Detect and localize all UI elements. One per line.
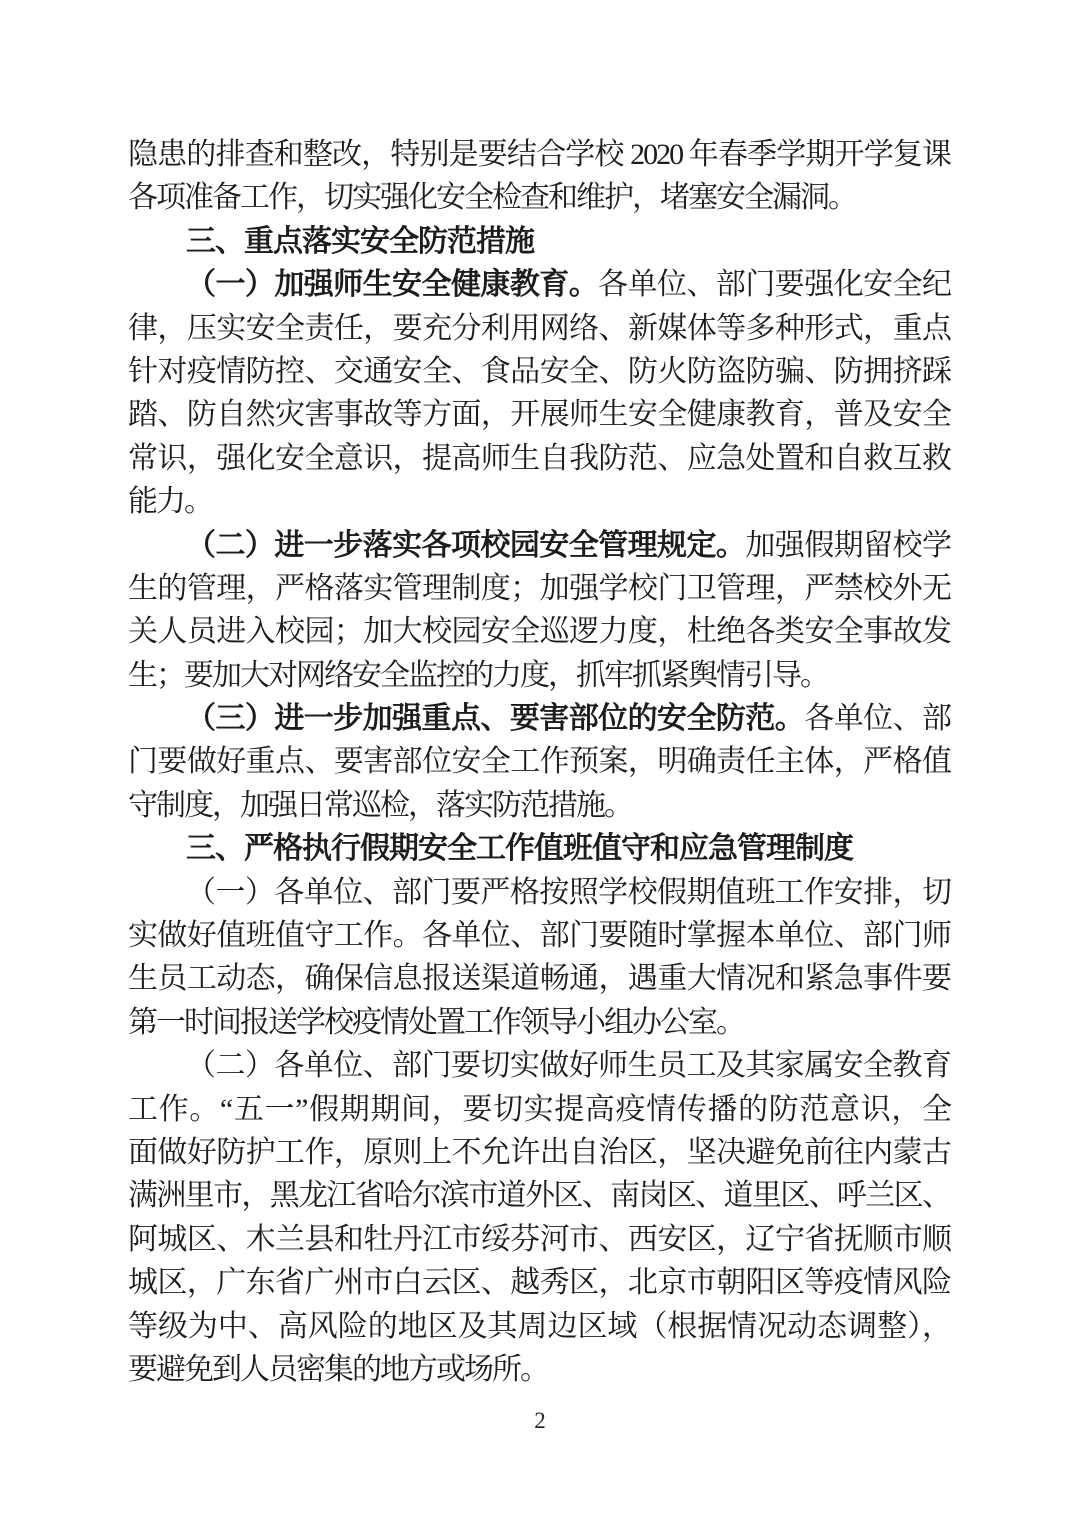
body-text: 生员工动态，确保信息报送渠道畅通，遇重大情况和紧急事件要	[128, 962, 950, 995]
body-text: 阿城区、木兰县和牡丹江市绥芬河市、西安区，辽宁省抚顺市顺	[128, 1223, 950, 1256]
body-text: 城区，广东省广州市白云区、越秀区，北京市朝阳区等疫情风险	[128, 1266, 950, 1299]
body-text: 各单位、部	[804, 702, 950, 735]
paragraph-first-line: （一）各单位、部门要严格按照学校假期值班工作安排，切	[128, 871, 950, 914]
body-text: 能力。	[128, 485, 212, 518]
body-line: 阿城区、木兰县和牡丹江市绥芬河市、西安区，辽宁省抚顺市顺	[128, 1218, 950, 1261]
body-line: 满洲里市，黑龙江省哈尔滨市道外区、南岗区、道里区、呼兰区、	[128, 1174, 950, 1217]
body-text: 第一时间报送学校疫情处置工作领导小组办公室。	[128, 1006, 744, 1039]
body-text: （二）各单位、部门要切实做好师生员工及其家属安全教育	[186, 1049, 950, 1082]
body-line: 生的管理，严格落实管理制度；加强学校门卫管理，严禁校外无	[128, 567, 950, 610]
body-text: 要避免到人员密集的地方或场所。	[128, 1353, 548, 1386]
body-text: 实做好值班值守工作。各单位、部门要随时掌握本单位、部门师	[128, 919, 950, 952]
body-line: 等级为中、高风险的地区及其周边区域（根据情况动态调整），	[128, 1305, 950, 1348]
body-text: 各单位、部门要强化安全纪	[598, 268, 950, 301]
body-line: 实做好值班值守工作。各单位、部门要随时掌握本单位、部门师	[128, 914, 950, 957]
paragraph-first-line: （二）进一步落实各项校园安全管理规定。加强假期留校学	[128, 524, 950, 567]
body-line: 隐患的排查和整改，特别是要结合学校 2020 年春季学期开学复课	[128, 133, 950, 176]
body-line: 生；要加大对网络安全监控的力度，抓牢抓紧舆情引导。	[128, 654, 950, 697]
document-body: 隐患的排查和整改，特别是要结合学校 2020 年春季学期开学复课 各项准备工作，…	[128, 133, 950, 1391]
body-line: 能力。	[128, 480, 950, 523]
body-text: 等级为中、高风险的地区及其周边区域（根据情况动态调整），	[128, 1310, 950, 1343]
body-text: 满洲里市，黑龙江省哈尔滨市道外区、南岗区、道里区、呼兰区、	[128, 1179, 950, 1212]
body-text: 生的管理，严格落实管理制度；加强学校门卫管理，严禁校外无	[128, 572, 950, 605]
heading-text: 三、重点落实安全防范措施	[186, 225, 534, 258]
paragraph-lead-bold: （二）进一步落实各项校园安全管理规定。	[186, 529, 745, 562]
body-text: （一）各单位、部门要严格按照学校假期值班工作安排，切	[186, 876, 950, 909]
body-text: 加强假期留校学	[745, 529, 950, 562]
body-line: 踏、防自然灾害事故等方面，开展师生安全健康教育，普及安全	[128, 393, 950, 436]
body-text: 门要做好重点、要害部位安全工作预案，明确责任主体，严格值	[128, 745, 950, 778]
paragraph-first-line: （二）各单位、部门要切实做好师生员工及其家属安全教育	[128, 1044, 950, 1087]
body-line: 面做好防护工作，原则上不允许出自治区，坚决避免前往内蒙古	[128, 1131, 950, 1174]
body-line: 各项准备工作，切实强化安全检查和维护，堵塞安全漏洞。	[128, 176, 950, 219]
paragraph-first-line: （三）进一步加强重点、要害部位的安全防范。各单位、部	[128, 697, 950, 740]
body-line: 城区，广东省广州市白云区、越秀区，北京市朝阳区等疫情风险	[128, 1261, 950, 1304]
body-text: 面做好防护工作，原则上不允许出自治区，坚决避免前往内蒙古	[128, 1136, 950, 1169]
paragraph-lead-bold: （三）进一步加强重点、要害部位的安全防范。	[186, 702, 804, 735]
section-heading: 三、重点落实安全防范措施	[128, 220, 950, 263]
page-number: 2	[0, 1408, 1080, 1434]
body-text: 守制度，加强日常巡检，落实防范措施。	[128, 789, 632, 822]
body-line: 工作。“五一”假期期间，要切实提高疫情传播的防范意识，全	[128, 1088, 950, 1131]
heading-text: 三、严格执行假期安全工作值班值守和应急管理制度	[186, 832, 853, 865]
section-heading: 三、严格执行假期安全工作值班值守和应急管理制度	[128, 827, 950, 870]
body-text: 生；要加大对网络安全监控的力度，抓牢抓紧舆情引导。	[128, 659, 828, 692]
body-text: 关人员进入校园；加大校园安全巡逻力度，杜绝各类安全事故发	[128, 615, 950, 648]
body-line: 门要做好重点、要害部位安全工作预案，明确责任主体，严格值	[128, 740, 950, 783]
body-line: 常识，强化安全意识，提高师生自我防范、应急处置和自救互救	[128, 437, 950, 480]
body-line: 律，压实安全责任，要充分利用网络、新媒体等多种形式，重点	[128, 307, 950, 350]
paragraph-first-line: （一）加强师生安全健康教育。各单位、部门要强化安全纪	[128, 263, 950, 306]
body-line: 第一时间报送学校疫情处置工作领导小组办公室。	[128, 1001, 950, 1044]
body-text: 工作。“五一”假期期间，要切实提高疫情传播的防范意识，全	[128, 1093, 950, 1126]
body-text: 隐患的排查和整改，特别是要结合学校 2020 年春季学期开学复课	[128, 138, 950, 171]
body-text: 踏、防自然灾害事故等方面，开展师生安全健康教育，普及安全	[128, 398, 950, 431]
body-line: 针对疫情防控、交通安全、食品安全、防火防盗防骗、防拥挤踩	[128, 350, 950, 393]
body-text: 律，压实安全责任，要充分利用网络、新媒体等多种形式，重点	[128, 312, 950, 345]
body-text: 针对疫情防控、交通安全、食品安全、防火防盗防骗、防拥挤踩	[128, 355, 950, 388]
body-line: 要避免到人员密集的地方或场所。	[128, 1348, 950, 1391]
body-line: 关人员进入校园；加大校园安全巡逻力度，杜绝各类安全事故发	[128, 610, 950, 653]
body-line: 守制度，加强日常巡检，落实防范措施。	[128, 784, 950, 827]
body-text: 常识，强化安全意识，提高师生自我防范、应急处置和自救互救	[128, 442, 950, 475]
document-page: 隐患的排查和整改，特别是要结合学校 2020 年春季学期开学复课 各项准备工作，…	[0, 0, 1080, 1526]
paragraph-lead-bold: （一）加强师生安全健康教育。	[186, 268, 598, 301]
body-line: 生员工动态，确保信息报送渠道畅通，遇重大情况和紧急事件要	[128, 957, 950, 1000]
body-text: 各项准备工作，切实强化安全检查和维护，堵塞安全漏洞。	[128, 181, 856, 214]
